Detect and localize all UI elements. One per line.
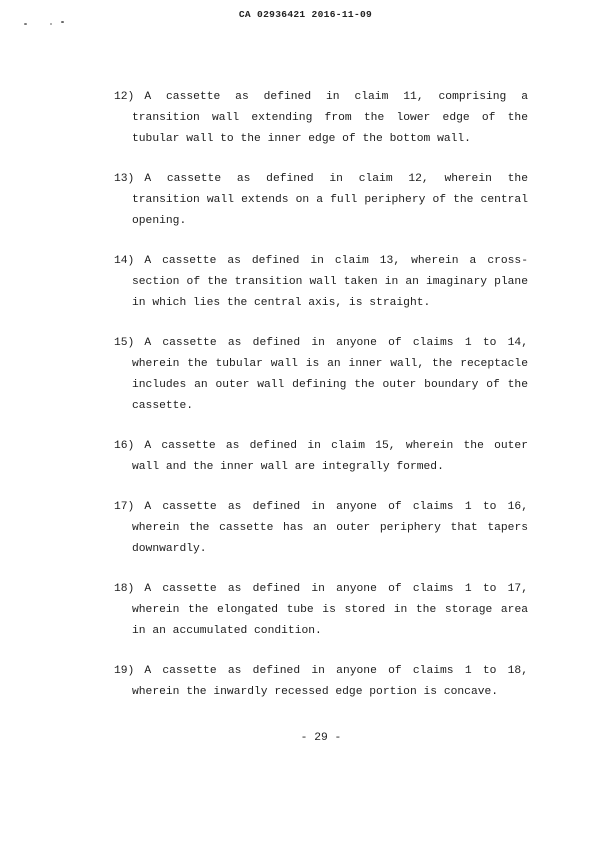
scan-speck [50,23,52,25]
scan-speck [24,23,27,25]
claim-text: A cassette as defined in anyone of claim… [132,501,528,555]
claim-13: 13)A cassette as defined in claim 12, wh… [132,169,528,232]
claim-number: 18) [114,583,134,595]
claim-18: 18)A cassette as defined in anyone of cl… [132,579,528,642]
claim-text: A cassette as defined in anyone of claim… [132,337,528,412]
claim-number: 15) [114,337,134,349]
claim-number: 14) [114,255,134,267]
claim-text: A cassette as defined in anyone of claim… [132,665,528,698]
claims-list: 12)A cassette as defined in claim 11, co… [0,87,611,722]
claim-17: 17)A cassette as defined in anyone of cl… [132,497,528,560]
claim-number: 13) [114,173,134,185]
claim-number: 17) [114,501,134,513]
claim-19: 19)A cassette as defined in anyone of cl… [132,661,528,703]
claim-15: 15)A cassette as defined in anyone of cl… [132,333,528,417]
claim-12: 12)A cassette as defined in claim 11, co… [132,87,528,150]
claim-14: 14)A cassette as defined in claim 13, wh… [132,251,528,314]
claim-number: 16) [114,440,134,452]
claim-text: A cassette as defined in claim 15, where… [132,440,528,473]
document-header: CA 02936421 2016-11-09 [0,8,611,22]
page-number: - 29 - [114,728,528,749]
claim-text: A cassette as defined in claim 13, where… [132,255,528,309]
claim-text: A cassette as defined in claim 12, where… [132,173,528,227]
claim-number: 12) [114,91,134,103]
claim-number: 19) [114,665,134,677]
claim-16: 16)A cassette as defined in claim 15, wh… [132,436,528,478]
claim-text: A cassette as defined in claim 11, compr… [132,91,528,145]
scan-speck [61,21,64,23]
claim-text: A cassette as defined in anyone of claim… [132,583,528,637]
